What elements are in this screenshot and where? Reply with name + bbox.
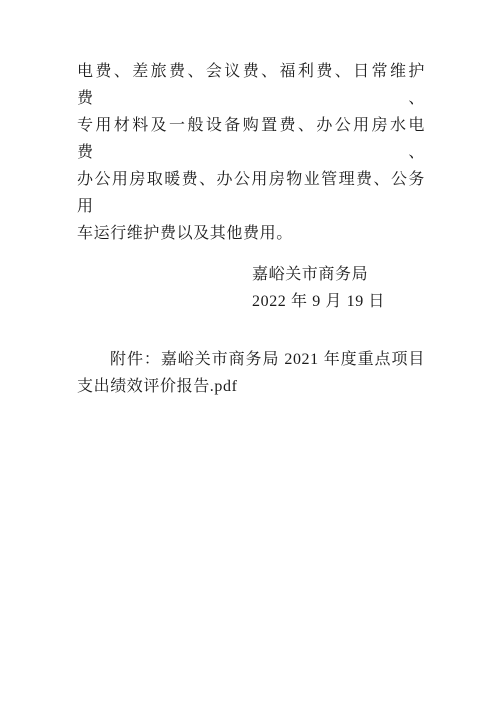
body-paragraph-line: 车运行维护费以及其他费用。 (77, 220, 425, 247)
body-paragraph-line: 电费、差旅费、会议费、福利费、日常维护费、 (77, 58, 425, 112)
signature-date: 2022 年 9 月 19 日 (252, 288, 385, 315)
signature-organization: 嘉峪关市商务局 (252, 261, 385, 288)
body-paragraph-line: 办公用房取暖费、办公用房物业管理费、公务用 (77, 166, 425, 220)
signature-block: 嘉峪关市商务局 2022 年 9 月 19 日 (252, 261, 385, 315)
attachment-line: 附件：嘉峪关市商务局 2021 年度重点项目 (77, 346, 425, 373)
attachment-paragraph: 附件：嘉峪关市商务局 2021 年度重点项目 支出绩效评价报告.pdf (77, 346, 425, 400)
document-page: 电费、差旅费、会议费、福利费、日常维护费、 专用材料及一般设备购置费、办公用房水… (0, 0, 500, 707)
body-paragraph: 电费、差旅费、会议费、福利费、日常维护费、 专用材料及一般设备购置费、办公用房水… (77, 58, 425, 247)
body-paragraph-line: 专用材料及一般设备购置费、办公用房水电费、 (77, 112, 425, 166)
attachment-line: 支出绩效评价报告.pdf (77, 373, 425, 400)
